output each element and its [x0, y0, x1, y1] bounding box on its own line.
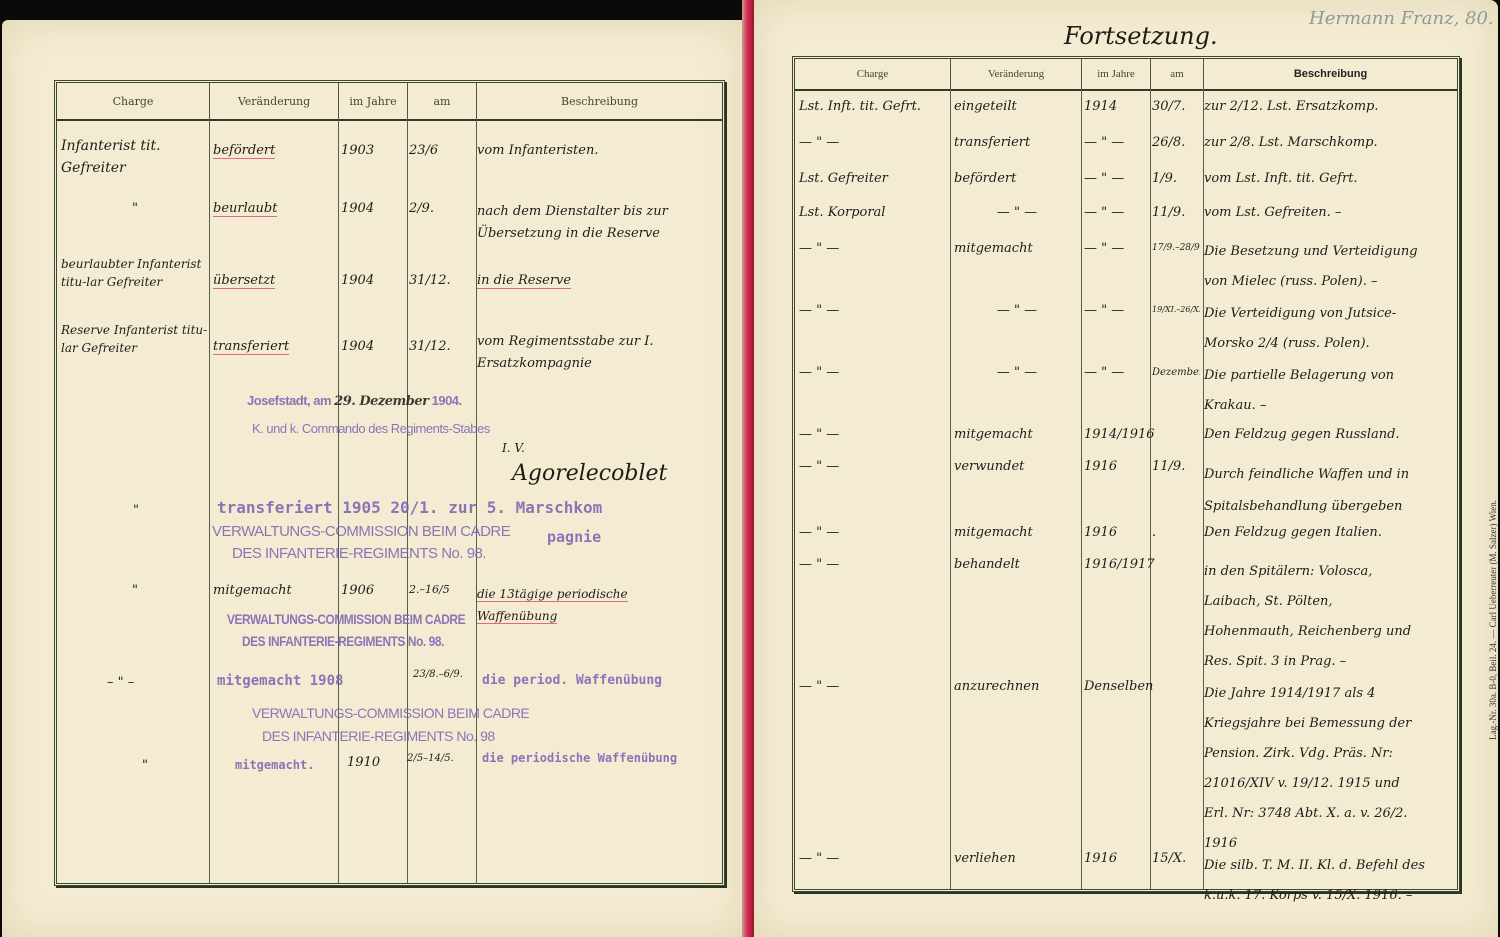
cell-date: . [1148, 525, 1200, 540]
command-stamp: K. und k. Commando des Regiments-Stabes [252, 421, 490, 436]
cell-charge: — " — [795, 237, 950, 297]
cell-year: 1904 [337, 255, 405, 291]
header-beschreibung: Beschreibung [1204, 59, 1457, 89]
waffenuebung-1908-stamp: die period. Waffenübung [482, 673, 662, 688]
table-row: Lst. Korporal — " — — " — 11/9. vom Lst.… [795, 205, 1457, 220]
header-beschreibung: Beschreibung [477, 83, 722, 119]
cell-date: 15/X. [1148, 851, 1200, 911]
cell-charge: Lst. Korporal [795, 205, 950, 220]
commission-stamp-2b: DES INFANTERIE-REGIMENTS No. 98. [242, 633, 444, 649]
cell-date: 2/9. [405, 201, 473, 245]
mitgemacht-1908-stamp: mitgemacht 1908 [217, 673, 343, 689]
cell-date: 1/9. [1148, 171, 1200, 186]
cell-year: — " — [1080, 299, 1148, 359]
cell-charge: " [57, 583, 209, 627]
transfer-stamp-continued: pagnie [547, 528, 601, 546]
cell-date: 19/XI.–26/XI. [1148, 299, 1200, 359]
cell-description: in die Reserve [477, 273, 571, 289]
cell-charge: Reserve Infanterist titu-lar Gefreiter [57, 321, 209, 375]
cell-year: 1914/1916 [1080, 427, 1200, 442]
cell-charge: Lst. Inft. tit. Gefrt. [795, 99, 950, 114]
table-row: Lst. Gefreiter befördert — " — 1/9. vom … [795, 171, 1457, 186]
left-table-header: Charge Veränderung im Jahre am Beschreib… [57, 83, 722, 121]
table-row: — " — anzurechnen Denselben Die Jahre 19… [795, 679, 1457, 859]
cell-date: 11/9. [1148, 459, 1200, 523]
left-page: Charge Veränderung im Jahre am Beschreib… [2, 20, 742, 937]
cell-change: anzurechnen [950, 679, 1080, 859]
cell-description: vom Infanteristen. [473, 135, 722, 179]
table-row: — " — mitgemacht 1914/1916 Den Feldzug g… [795, 427, 1457, 442]
header-im-jahre: im Jahre [1082, 59, 1151, 89]
cell-year: 1916/1917 [1080, 557, 1200, 677]
cell-description: in den Spitälern: Volosca, Laibach, St. … [1200, 557, 1419, 677]
commission-stamp-3b: DES INFANTERIE-REGIMENTS No. 98 [262, 728, 495, 744]
cell-date: 23/8.–6/9. [413, 669, 463, 680]
cell-description: Den Feldzug gegen Russland. [1200, 427, 1457, 442]
table-row: — " — verwundet 1916 11/9. Durch feindli… [795, 459, 1457, 523]
printer-imprint: Lag.-Nr. 30a. B-0, Beil. 24. — Carl Uebe… [1488, 500, 1498, 740]
table-row: beurlaubter Infanterist titu-lar Gefreit… [57, 255, 722, 291]
cell-year: 1916 [1080, 459, 1148, 523]
cell-change: behandelt [950, 557, 1080, 677]
cell-description: vom Regimentsstabe zur I. Ersatzkompagni… [473, 321, 697, 375]
header-am: am [408, 83, 477, 119]
cell-year: 1904 [337, 321, 405, 375]
table-row: — " — — " — — " — 19/XI.–26/XI. Die Vert… [795, 299, 1457, 359]
cell-year: 1903 [337, 135, 405, 179]
cell-year: 1916 [1080, 525, 1148, 540]
cell-year: 1904 [337, 201, 405, 245]
ditto-charge: " [142, 758, 148, 773]
commission-stamp-1a: VERWALTUNGS-COMMISSION BEIM CADRE [212, 523, 510, 540]
cell-year: 1910 [347, 755, 380, 770]
cell-description: Die Jahre 1914/1917 als 4 Kriegsjahre be… [1200, 679, 1419, 859]
cell-date: 31/12. [405, 255, 473, 291]
cell-change: befördert [950, 171, 1080, 186]
cell-charge: — " — [795, 361, 950, 421]
mitgemacht-1910-stamp: mitgemacht. [235, 758, 314, 772]
cell-change: transferiert [213, 339, 289, 355]
cell-date: 23/6 [405, 135, 473, 179]
waffenuebung-1910-stamp: die periodische Waffenübung [482, 751, 677, 765]
cell-year: — " — [1080, 361, 1148, 421]
cell-change: — " — [950, 361, 1080, 421]
cell-charge: — " — [795, 459, 950, 523]
cell-change: eingeteilt [950, 99, 1080, 114]
cell-description: zur 2/12. Lst. Ersatzkomp. [1200, 99, 1457, 114]
signature-prefix: I. V. [502, 441, 525, 455]
header-im-jahre: im Jahre [339, 83, 408, 119]
cell-charge: — " — [795, 135, 950, 150]
cell-change: beurlaubt [213, 201, 277, 217]
cell-description: Die silb. T. M. II. Kl. d. Befehl des k.… [1200, 851, 1429, 911]
cell-date: 31/12. [405, 321, 473, 375]
pencil-note: Hermann Franz, 80. [1309, 8, 1494, 29]
cell-charge: — " — [795, 525, 950, 540]
cell-year: — " — [1080, 237, 1148, 297]
cell-description: Den Feldzug gegen Italien. [1200, 525, 1457, 540]
table-row: — " — mitgemacht — " — 17/9.–28/9. Die B… [795, 237, 1457, 297]
cell-date: 11/9. [1148, 205, 1200, 220]
cell-date: 26/8. [1148, 135, 1200, 150]
cell-change: — " — [950, 299, 1080, 359]
ditto-charge: " [133, 503, 139, 518]
cell-change: verliehen [950, 851, 1080, 911]
cell-year: 1914 [1080, 99, 1148, 114]
cell-change: übersetzt [213, 273, 275, 289]
officer-signature: Agorelecoblet [512, 461, 667, 486]
cell-charge: beurlaubter Infanterist titu-lar Gefreit… [57, 255, 209, 291]
cell-year: — " — [1080, 171, 1148, 186]
cell-date: 17/9.–28/9. [1148, 237, 1200, 297]
header-am: am [1151, 59, 1204, 89]
header-charge: Charge [795, 59, 951, 89]
book-spine [742, 0, 754, 937]
table-row: " beurlaubt 1904 2/9. nach dem Dienstalt… [57, 201, 722, 245]
cell-change: verwundet [950, 459, 1080, 523]
commission-stamp-1b: DES INFANTERIE-REGIMENTS No. 98. [232, 545, 486, 562]
cell-charge: — " — [795, 679, 950, 859]
cell-change: mitgemacht [950, 427, 1080, 442]
ditto-charge: – " – [107, 675, 134, 690]
cell-date: 30/7. [1148, 99, 1200, 114]
cell-change: mitgemacht [950, 237, 1080, 297]
cell-charge: — " — [795, 427, 950, 442]
cell-description: Die partielle Belagerung von Krakau. – [1200, 361, 1419, 421]
cell-description: Die Verteidigung von Jutsice-Morsko 2/4 … [1200, 299, 1419, 359]
header-charge: Charge [57, 83, 210, 119]
table-row: — " — — " — — " — Dezember Die partielle… [795, 361, 1457, 421]
cell-year: 1916 [1080, 851, 1148, 911]
cell-description: die 13tägige periodische Waffenübung [477, 587, 628, 624]
cell-charge: Lst. Gefreiter [795, 171, 950, 186]
commission-stamp-2a: VERWALTUNGS-COMMISSION BEIM CADRE [227, 611, 465, 627]
cell-year: — " — [1080, 135, 1148, 150]
transfer-stamp: transferiert 1905 20/1. zur 5. Marschkom [217, 498, 602, 517]
continuation-title: Fortsetzung. [1064, 22, 1218, 50]
cell-charge: — " — [795, 299, 950, 359]
cell-description: nach dem Dienstalter bis zur Übersetzung… [473, 201, 697, 245]
right-record-table: Charge Veränderung im Jahre am Beschreib… [792, 56, 1460, 892]
cell-description: vom Lst. Inft. tit. Gefrt. [1200, 171, 1457, 186]
commission-stamp-3a: VERWALTUNGS-COMMISSION BEIM CADRE [252, 705, 529, 721]
cell-change: befördert [213, 143, 275, 159]
cell-date: Dezember [1148, 361, 1200, 421]
table-row: — " — verliehen 1916 15/X. Die silb. T. … [795, 851, 1457, 911]
header-veraenderung: Veränderung [951, 59, 1082, 89]
table-row: Lst. Inft. tit. Gefrt. eingeteilt 1914 3… [795, 99, 1457, 114]
table-row: — " — behandelt 1916/1917 in den Spitäle… [795, 557, 1457, 677]
table-row: — " — mitgemacht 1916 . Den Feldzug gege… [795, 525, 1457, 540]
cell-charge: " [57, 201, 209, 245]
cell-description: Die Besetzung und Verteidigung von Miele… [1200, 237, 1419, 297]
table-row: Infanterist tit. Gefreiter befördert 190… [57, 135, 722, 179]
left-record-table: Charge Veränderung im Jahre am Beschreib… [54, 80, 725, 886]
cell-charge: Infanterist tit. Gefreiter [57, 135, 209, 179]
cell-change: — " — [950, 205, 1080, 220]
cell-year: Denselben [1080, 679, 1200, 859]
cell-year: — " — [1080, 205, 1148, 220]
right-table-header: Charge Veränderung im Jahre am Beschreib… [795, 59, 1457, 91]
right-page: Fortsetzung. Hermann Franz, 80. Charge V… [754, 0, 1498, 937]
cell-change: transferiert [950, 135, 1080, 150]
place-date-stamp: Josefstadt, am 29. Dezember 1904. [247, 393, 462, 409]
cell-date: 2/5–14/5. [407, 753, 454, 764]
cell-description: vom Lst. Gefreiten. – [1200, 205, 1457, 220]
header-veraenderung: Veränderung [210, 83, 339, 119]
cell-description: Durch feindliche Waffen und in Spitalsbe… [1200, 459, 1419, 523]
cell-charge: — " — [795, 851, 950, 911]
cell-description: zur 2/8. Lst. Marschkomp. [1200, 135, 1457, 150]
cell-charge: — " — [795, 557, 950, 677]
table-row: Reserve Infanterist titu-lar Gefreiter t… [57, 321, 722, 375]
table-row: — " — transferiert — " — 26/8. zur 2/8. … [795, 135, 1457, 150]
cell-change: mitgemacht [950, 525, 1080, 540]
